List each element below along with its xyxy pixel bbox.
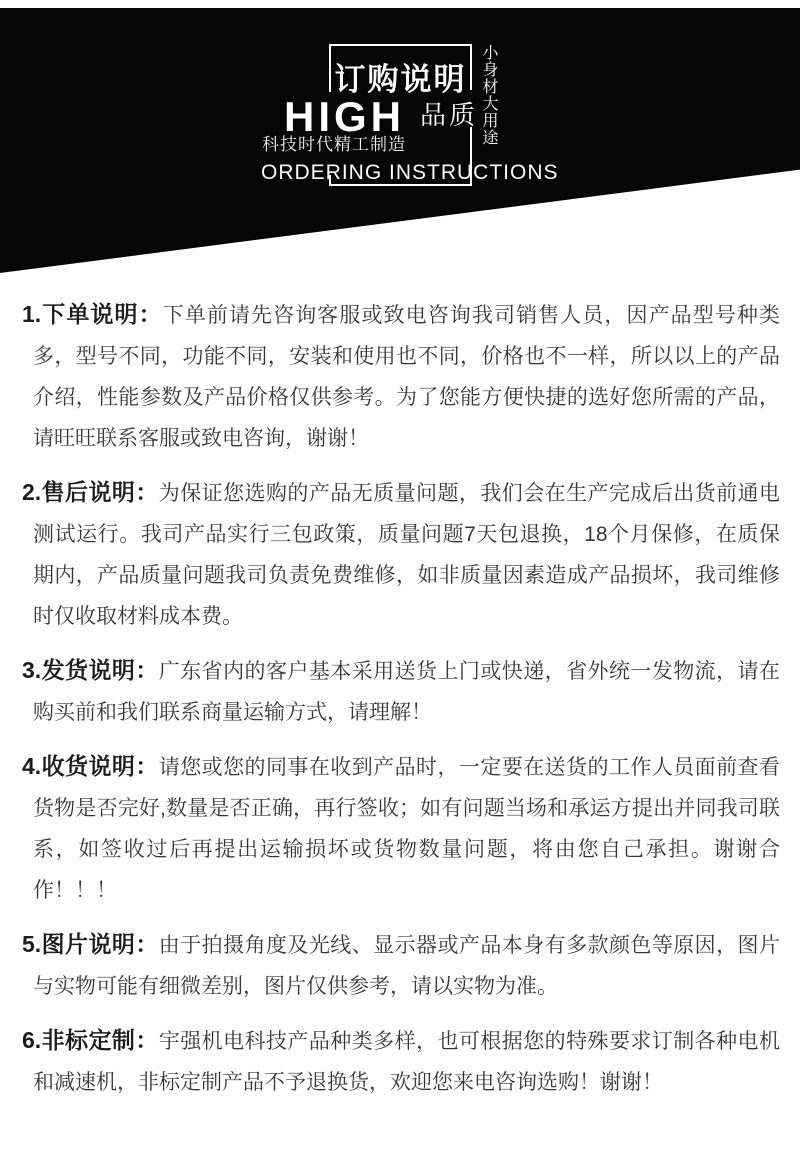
banner-sub-slogan: 科技时代精工制造 [262, 136, 406, 153]
section-image-note: 5.图片说明：由于拍摄角度及光线、显示器或产品本身有多款颜色等原因，图片与实物可… [22, 924, 780, 1007]
banner-vertical-slogan: 小身材大用途 [477, 44, 499, 164]
section-heading: 6.非标定制： [22, 1027, 159, 1053]
section-receiving-note: 4.收货说明：请您或您的同事在收到产品时，一定要在送货的工作人员面前查看货物是否… [22, 746, 780, 911]
section-aftersale-note: 2.售后说明：为保证您选购的产品无质量问题，我们会在生产完成后出货前通电测试运行… [22, 472, 780, 637]
section-heading: 4.收货说明： [22, 753, 159, 779]
section-custom-note: 6.非标定制：宇强机电科技产品种类多样，也可根据您的特殊要求订制各种电机和减速机… [22, 1020, 780, 1103]
section-heading: 3.发货说明： [22, 657, 159, 683]
section-shipping-note: 3.发货说明：广东省内的客户基本采用送货上门或快递，省外统一发物流，请在购买前和… [22, 650, 780, 733]
banner-brand-quality: 品质 [420, 102, 478, 128]
header-banner: 订购说明 HIGH 品质 小身材大用途 科技时代精工制造 ORDERING IN… [0, 8, 800, 273]
banner-title-en: ORDERING INSTRUCTIONS [261, 160, 559, 185]
section-heading: 5.图片说明： [22, 931, 159, 957]
section-heading: 1.下单说明： [22, 301, 163, 327]
title-frame-top-line [329, 44, 472, 46]
banner-brand-high: HIGH [284, 96, 405, 138]
instructions-content: 1.下单说明：下单前请先咨询客服或致电咨询我司销售人员，因产品型号种类多，型号不… [22, 294, 780, 1116]
section-heading: 2.售后说明： [22, 479, 159, 505]
section-order-note: 1.下单说明：下单前请先咨询客服或致电咨询我司销售人员，因产品型号种类多，型号不… [22, 294, 780, 459]
